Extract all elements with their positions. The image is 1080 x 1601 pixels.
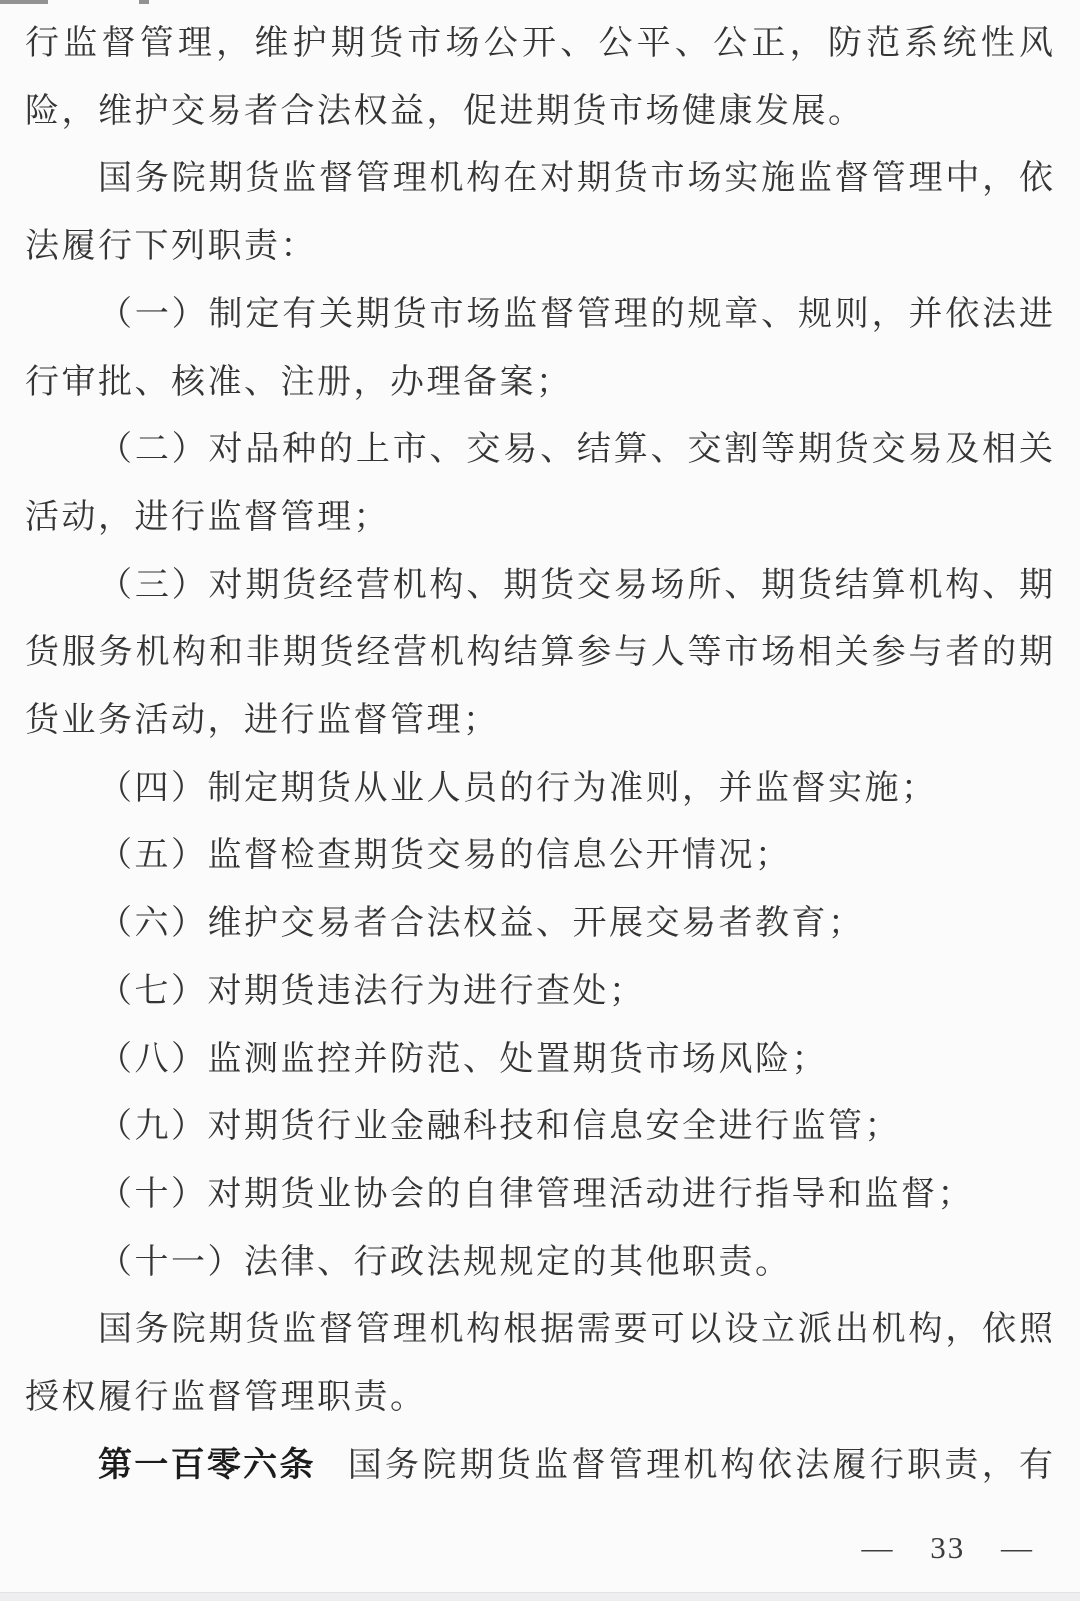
text-line: 货业务活动，进行监督管理；	[25, 687, 1055, 755]
article-number: 第一百零六条	[98, 1447, 316, 1484]
footer-scroll-strip	[0, 1592, 1080, 1601]
text-line: 货服务机构和非期货经营机构结算参与人等市场相关参与者的期	[25, 619, 1055, 687]
text-line: （二）对品种的上市、交易、结算、交割等期货交易及相关	[25, 416, 1055, 484]
text-line: （七）对期货违法行为进行查处；	[25, 958, 1055, 1026]
text-line: （八）监测监控并防范、处置期货市场风险；	[25, 1026, 1055, 1094]
text-line: （六）维护交易者合法权益、开展交易者教育；	[25, 890, 1055, 958]
document-page: 行监督管理，维护期货市场公开、公平、公正，防范系统性风险，维护交易者合法权益，促…	[0, 0, 1080, 1601]
text-line: （十）对期货业协会的自律管理活动进行指导和监督；	[25, 1161, 1055, 1229]
text-line: （三）对期货经营机构、期货交易场所、期货结算机构、期	[25, 552, 1055, 620]
text-line: 法履行下列职责：	[25, 213, 1055, 281]
text-line: 活动，进行监督管理；	[25, 484, 1055, 552]
clipped-previous-line-remnant	[139, 0, 149, 4]
text-line: 第一百零六条国务院期货监督管理机构依法履行职责，有	[25, 1432, 1055, 1500]
text-line: （四）制定期货从业人员的行为准则，并监督实施；	[25, 755, 1055, 823]
text-line: 国务院期货监督管理机构在对期货市场实施监督管理中，依	[25, 145, 1055, 213]
text-line: 行监督管理，维护期货市场公开、公平、公正，防范系统性风	[25, 10, 1055, 78]
clipped-previous-line-remnant	[0, 0, 48, 4]
text-line: （一）制定有关期货市场监督管理的规章、规则，并依法进	[25, 281, 1055, 349]
text-line: （十一）法律、行政法规规定的其他职责。	[25, 1229, 1055, 1297]
text-line: 行审批、核准、注册，办理备案；	[25, 349, 1055, 417]
text-line: 授权履行监督管理职责。	[25, 1364, 1055, 1432]
text-line: （五）监督检查期货交易的信息公开情况；	[25, 822, 1055, 890]
text-line: 国务院期货监督管理机构根据需要可以设立派出机构，依照	[25, 1296, 1055, 1364]
page-number: — 33 —	[862, 1528, 1035, 1568]
text-line: 险，维护交易者合法权益，促进期货市场健康发展。	[25, 78, 1055, 146]
legal-text-body: 行监督管理，维护期货市场公开、公平、公正，防范系统性风险，维护交易者合法权益，促…	[0, 0, 1080, 1499]
text-line: （九）对期货行业金融科技和信息安全进行监管；	[25, 1093, 1055, 1161]
